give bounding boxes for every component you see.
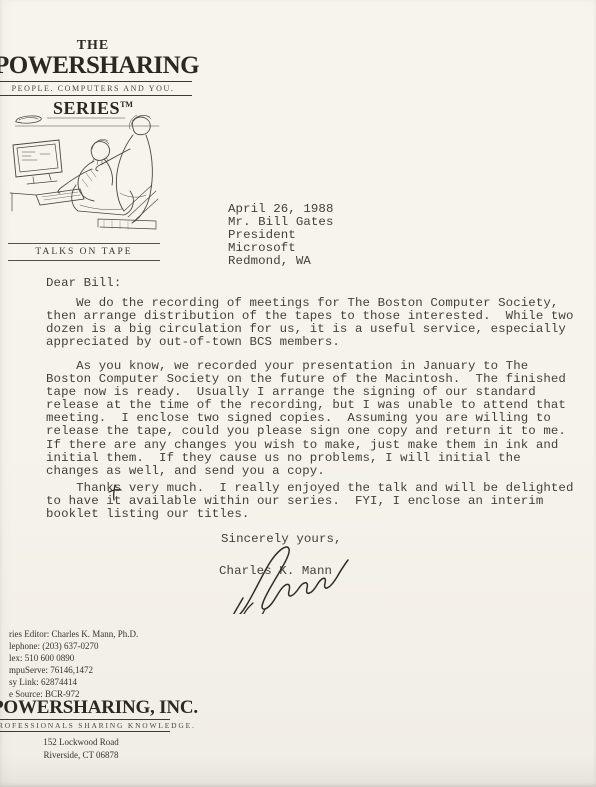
footer-compuserve: mpuServe: 76146,1472 [9,664,138,676]
trademark-symbol: TM [120,100,133,109]
company-name: POWERSHARING, INC. [0,697,170,718]
footer-series-editor: ries Editor: Charles K. Mann, Ph.D. [9,628,138,640]
company-tagline: PROFESSIONALS SHARING KNOWLEDGE. [0,719,170,732]
letterhead-brand: POWERSHARING [0,53,192,79]
scanned-letter-page: THE POWERSHARING PEOPLE. COMPUTERS AND Y… [0,0,596,787]
letterhead-tagline: PEOPLE. COMPUTERS AND YOU. [0,81,192,96]
recipient-address: Mr. Bill Gates President Microsoft Redmo… [228,216,334,268]
company-address-line2: Riverside, CT 06878 [0,749,170,762]
company-address-line1: 152 Lockwood Road [0,736,170,749]
paragraph-3: Thanks very much. I really enjoyed the t… [46,482,574,521]
talks-on-tape-illustration-icon [6,112,170,244]
footer-telephone: lephone: (203) 637-0270 [9,640,138,652]
footer-contact-block: ries Editor: Charles K. Mann, Ph.D. leph… [9,628,138,700]
letterhead: THE POWERSHARING PEOPLE. COMPUTERS AND Y… [0,38,192,119]
handwritten-t-correction [107,483,123,503]
paragraph-2: As you know, we recorded your presentati… [46,360,566,478]
footer-brand-block: POWERSHARING, INC. PROFESSIONALS SHARING… [0,697,170,762]
footer-easylink: sy Link: 62874414 [9,676,138,688]
talks-on-tape-caption: TALKS ON TAPE [8,243,160,261]
paragraph-1: We do the recording of meetings for The … [46,297,574,349]
letterhead-the: THE [0,38,192,53]
footer-telex: lex: 510 600 0890 [9,652,138,664]
handwritten-signature [227,540,349,614]
salutation: Dear Bill: [46,277,121,290]
